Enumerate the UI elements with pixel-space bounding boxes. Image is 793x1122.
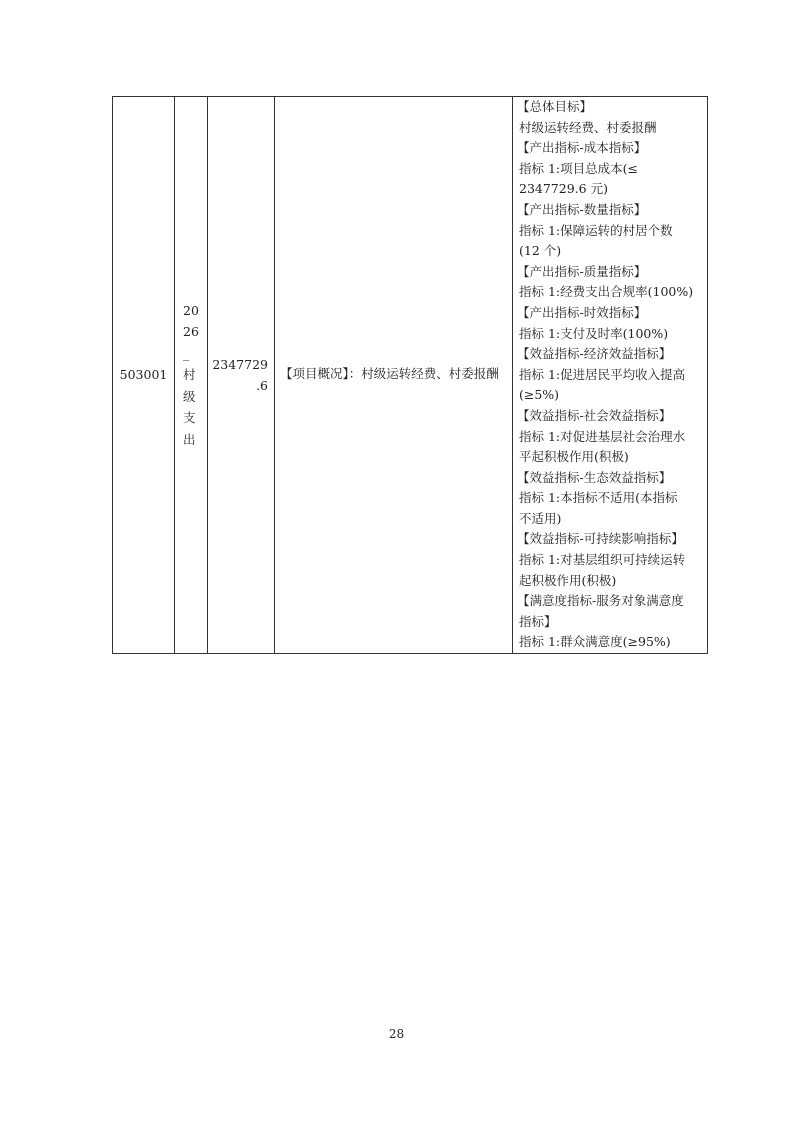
performance-goals-table: 503001 20 26 _ 村 级 支 出 2347729 .6 【项目概况】… [112, 96, 708, 654]
overview-cell: 【项目概况】：村级运转经费、村委报酬 [275, 97, 513, 654]
project-code: 503001 [120, 367, 168, 382]
amount-line: .6 [208, 375, 268, 397]
goal-line: 指标 1:经费支出合规率(100%) [519, 282, 705, 303]
goal-heading: 【效益指标-经济效益指标】 [517, 344, 705, 365]
goals-cell: 【总体目标】村级运转经费、村委报酬【产出指标-成本指标】指标 1:项目总成本(≤… [513, 97, 708, 654]
goal-line: 指标 1:对基层组织可持续运转 [519, 550, 705, 571]
project-name-cell: 20 26 _ 村 级 支 出 [175, 97, 208, 654]
amount-value: 2347729 .6 [208, 354, 274, 397]
goal-heading: 【产出指标-数量指标】 [517, 200, 705, 221]
project-code-cell: 503001 [113, 97, 175, 654]
goal-heading: 【总体目标】 [517, 97, 705, 118]
goal-heading: 【产出指标-成本指标】 [517, 138, 705, 159]
goal-line: 平起积极作用(积极) [519, 447, 705, 468]
goal-heading: 【产出指标-时效指标】 [517, 303, 705, 324]
goal-line: (≥5%) [519, 385, 705, 406]
name-line: 支 [183, 407, 207, 429]
project-name: 20 26 _ 村 级 支 出 [175, 300, 207, 451]
goal-line: 指标 1:促进居民平均收入提高 [519, 365, 705, 386]
goal-line: 2347729.6 元) [519, 179, 705, 200]
project-overview: 【项目概况】：村级运转经费、村委报酬 [275, 363, 512, 384]
page-number: 28 [0, 1027, 793, 1041]
goal-line: 指标 1:群众满意度(≥95%) [519, 632, 705, 653]
name-line: 出 [183, 429, 207, 451]
goal-line: 指标 1:支付及时率(100%) [519, 324, 705, 345]
goal-line: 指标】 [519, 612, 705, 633]
goal-heading: 【效益指标-生态效益指标】 [517, 468, 705, 489]
name-line: 级 [183, 386, 207, 408]
goal-heading: 【效益指标-可持续影响指标】 [517, 529, 705, 550]
goal-heading: 【产出指标-质量指标】 [517, 262, 705, 283]
table-row: 503001 20 26 _ 村 级 支 出 2347729 .6 【项目概况】… [113, 97, 708, 654]
goal-line: 指标 1:对促进基层社会治理水 [519, 427, 705, 448]
goal-line: 指标 1:本指标不适用(本指标 [519, 488, 705, 509]
amount-cell: 2347729 .6 [208, 97, 275, 654]
amount-line: 2347729 [208, 354, 268, 376]
goal-heading: 【满意度指标-服务对象满意度 [517, 591, 705, 612]
goal-heading: 【效益指标-社会效益指标】 [517, 406, 705, 427]
goal-line: 不适用) [519, 509, 705, 530]
name-line: 26 [183, 321, 207, 343]
goal-line: 指标 1:项目总成本(≤ [519, 159, 705, 180]
name-line: 20 [183, 300, 207, 322]
name-line: _ [183, 343, 207, 365]
goal-line: 村级运转经费、村委报酬 [519, 118, 705, 139]
goal-line: 指标 1:保障运转的村居个数 [519, 221, 705, 242]
performance-goals-list: 【总体目标】村级运转经费、村委报酬【产出指标-成本指标】指标 1:项目总成本(≤… [513, 97, 707, 653]
goal-line: 起积极作用(积极) [519, 571, 705, 592]
goal-line: (12 个) [519, 241, 705, 262]
name-line: 村 [183, 364, 207, 386]
